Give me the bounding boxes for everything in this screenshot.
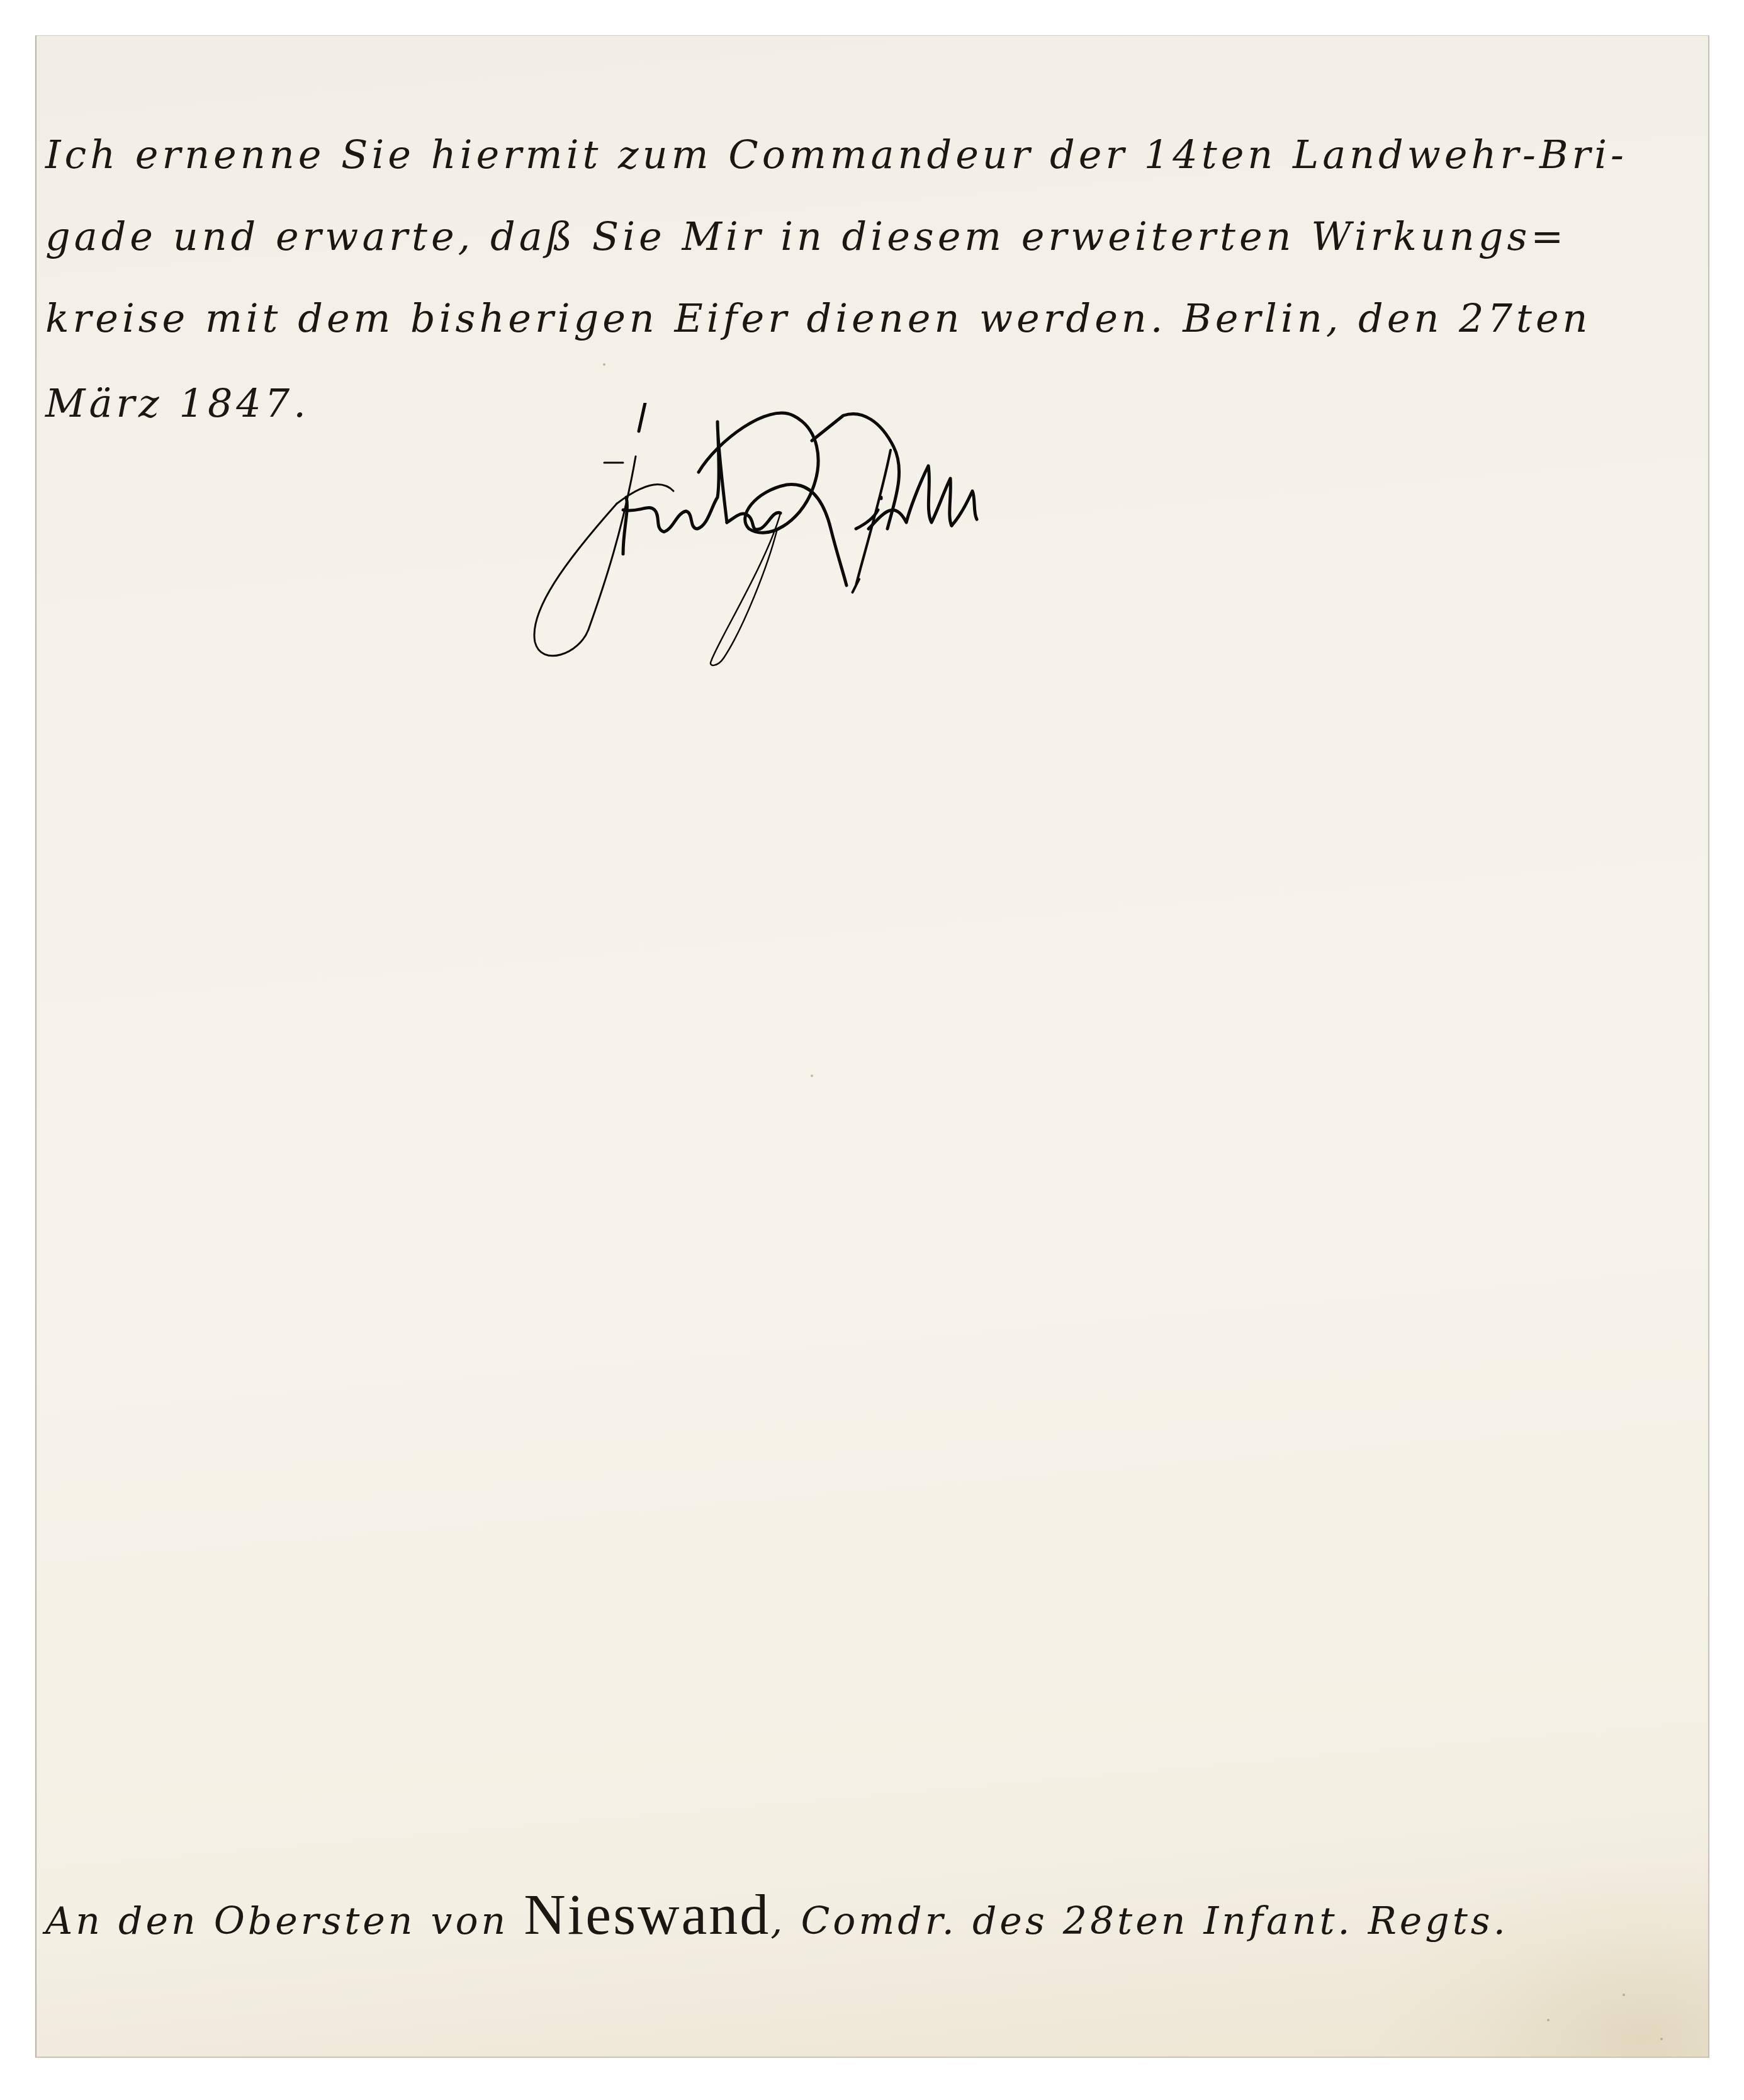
paper-speck [811,1075,813,1077]
paper-speck [1547,2019,1550,2021]
address-suffix: , Comdr. des 28ten Infant. Regts. [770,1899,1508,1943]
recipient-name: Nieswand [524,1882,770,1946]
address-prefix: An den Obersten von [45,1899,509,1943]
letter-body-line-1: Ich ernenne Sie hiermit zum Commandeur d… [45,135,1628,174]
signature: Friedrich Wilhelm [529,403,1498,667]
letter-body-line-2: gade und erwarte, daß Sie Mir in diesem … [45,217,1567,256]
letter-body-line-4-date: März 1847. [45,384,310,423]
letter-body-line-3: kreise mit dem bisherigen Eifer dienen w… [45,299,1592,338]
address-line: An den Obersten von Nieswand, Comdr. des… [45,1885,1509,1943]
paper-speck [603,363,605,366]
paper-speck [1660,2038,1663,2040]
paper-speck [1623,1994,1625,1996]
